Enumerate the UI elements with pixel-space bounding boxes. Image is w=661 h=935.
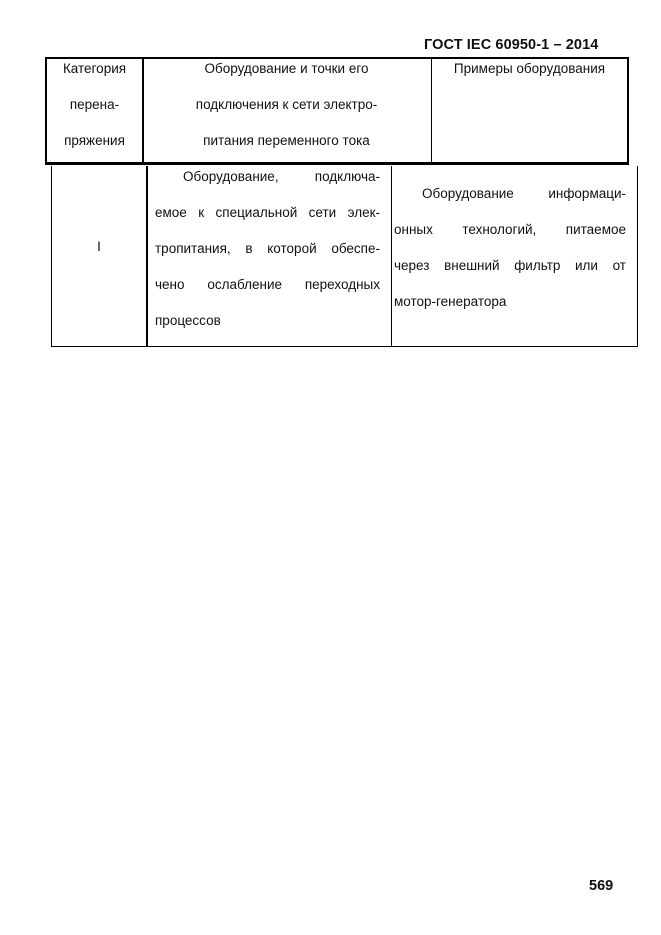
cell-text: процессов [155,313,380,328]
header-cell-category: Категория перена- пряжения [47,59,144,162]
category-value: I [52,239,146,254]
header-text: Категория [47,61,142,76]
cell-text: тропитания, в которой обеспе- [155,241,380,256]
cell-category: I [52,166,148,346]
header-cell-equipment: Оборудование и точки его подключения к с… [142,59,432,162]
header-text: подключения к сети электро- [142,97,431,112]
cell-text: мотор-генератора [394,294,626,309]
cell-examples: Оборудование информаци- онных технологий… [392,166,637,346]
header-text: Оборудование и точки его [142,61,431,76]
cell-text: чено ослабление переходных [155,277,380,292]
header-text: Примеры оборудования [432,61,627,76]
cell-text: Оборудование, подключа- [155,169,380,184]
header-text: пряжения [47,133,142,148]
header-text: перена- [47,97,142,112]
document-code: ГОСТ IEC 60950-1 – 2014 [424,37,598,53]
table-row: I Оборудование, подключа- емое к специал… [51,166,638,347]
header-text: питания переменного тока [142,133,431,148]
cell-text: через внешний фильтр или от [394,258,626,273]
header-cell-examples: Примеры оборудования [432,59,627,162]
cell-text: онных технологий, питаемое [394,222,626,237]
cell-text: емое к специальной сети элек- [155,205,380,220]
cell-text: Оборудование информаци- [394,186,626,201]
page-number: 569 [589,878,613,894]
cell-equipment: Оборудование, подключа- емое к специальн… [146,166,392,346]
table-header: Категория перена- пряжения Оборудование … [45,57,629,165]
